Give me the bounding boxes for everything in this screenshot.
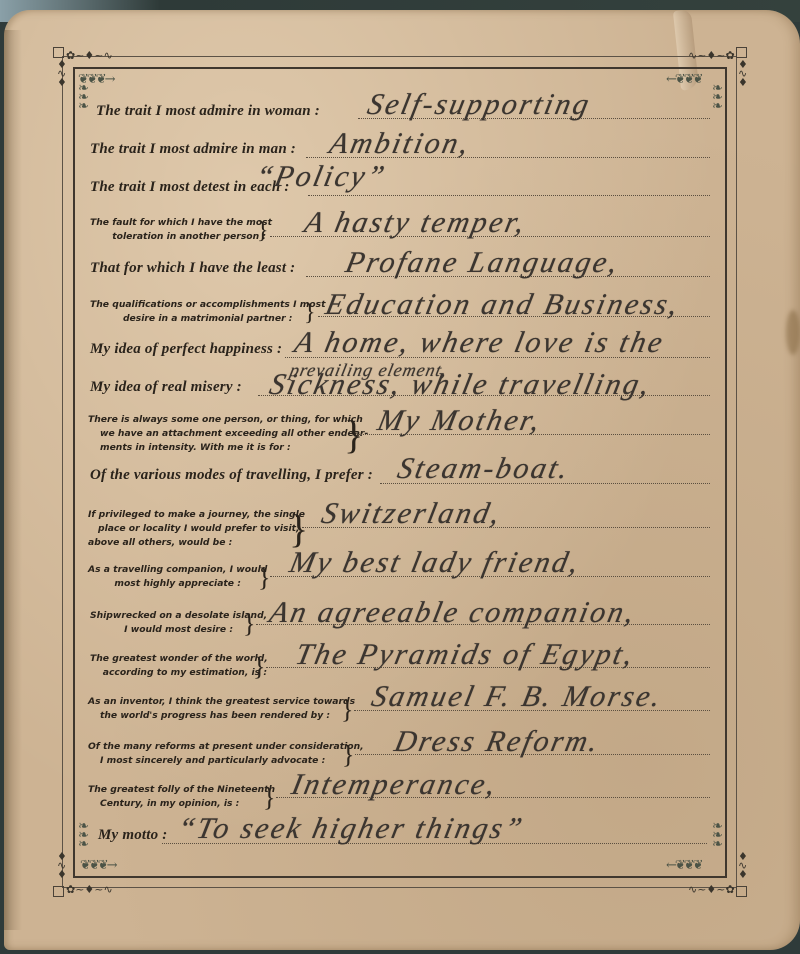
prompt-shipwrecked: Shipwrecked on a desolate island, I woul… <box>90 609 267 637</box>
answer-travel-mode: Steam-boat. <box>394 452 573 486</box>
vine-ornament-icon: ∿~♦~✿ <box>688 50 735 61</box>
corner-square-top-right <box>736 47 747 58</box>
page-stain <box>786 310 800 355</box>
vine-ornament-icon: ✿~♦~∿ <box>66 884 113 895</box>
prompt-line: above all others, would be : <box>88 536 305 550</box>
prompt-line: we have an attachment exceeding all othe… <box>88 427 368 441</box>
brace: } <box>342 740 354 770</box>
prompt-inventor: As an inventor, I think the greatest ser… <box>88 695 355 723</box>
prompt-line: There is always some one person, or thin… <box>88 413 368 427</box>
answer-admire-woman: Self-supporting <box>364 88 594 122</box>
answer-travel-companion: My best lady friend, <box>286 546 583 580</box>
prompt-line: Shipwrecked on a desolate island, <box>90 609 267 623</box>
prompt-real-misery: My idea of real misery : <box>90 379 242 396</box>
laurel-ornament-icon: ❧❧❧ <box>78 822 87 849</box>
prompt-reforms: Of the many reforms at present under con… <box>88 740 364 768</box>
prompt-least-toleration: That for which I have the least : <box>90 260 295 277</box>
prompt-journey-place: If privileged to make a journey, the sin… <box>88 508 305 550</box>
laurel-ornament-icon: ←❦❦❦ <box>666 858 702 873</box>
page-binding-shadow <box>4 30 22 930</box>
prompt-motto: My motto : <box>98 827 168 844</box>
answer-inventor: Samuel F. B. Morse. <box>368 680 665 714</box>
prompt-line: I most sincerely and particularly advoca… <box>88 754 364 768</box>
prompt-line: As a travelling companion, I would <box>88 563 267 577</box>
prompt-matrimonial-partner: The qualifications or accomplishments I … <box>90 298 325 326</box>
laurel-ornament-icon: ❧❧❧ <box>712 822 721 849</box>
answer-admire-man: Ambition, <box>326 127 473 161</box>
prompt-line: The greatest wonder of the world, <box>90 652 268 666</box>
laurel-ornament-icon: ❦❦❦→ <box>80 858 116 873</box>
brace: } <box>243 609 255 639</box>
answer-motto: “To seek higher things” <box>174 812 527 846</box>
prompt-perfect-happiness: My idea of perfect happiness : <box>90 341 282 358</box>
answer-real-misery: Sickness, while travelling, <box>266 368 654 402</box>
answer-fault-toleration: A hasty temper, <box>301 206 529 240</box>
answer-journey-place: Switzerland, <box>318 497 504 531</box>
answer-matrimonial-partner: Education and Business, <box>322 288 683 322</box>
corner-square-bottom-right <box>736 886 747 897</box>
corner-square-top-left <box>53 47 64 58</box>
vine-ornament-icon: ∿~♦~✿ <box>688 884 735 895</box>
prompt-admire-woman: The trait I most admire in woman : <box>96 103 320 120</box>
answer-line <box>308 195 710 196</box>
vine-ornament-icon: ♦∿♦ <box>57 852 67 879</box>
prompt-line: If privileged to make a journey, the sin… <box>88 508 305 522</box>
prompt-line: toleration in another person : <box>90 230 272 244</box>
laurel-ornament-icon: ←❦❦❦ <box>666 72 702 87</box>
answer-detest-each: “Policy” <box>252 160 389 194</box>
prompt-line: As an inventor, I think the greatest ser… <box>88 695 355 709</box>
laurel-ornament-icon: ❧❧❧ <box>78 84 87 111</box>
prompt-attachment: There is always some one person, or thin… <box>88 413 368 455</box>
answer-shipwrecked: An agreeable companion, <box>266 596 639 630</box>
prompt-line: place or locality I would prefer to visi… <box>88 522 305 536</box>
corner-square-bottom-left <box>53 886 64 897</box>
prompt-line: according to my estimation, is : <box>90 666 268 680</box>
brace: } <box>257 218 269 245</box>
prompt-line: the world's progress has been rendered b… <box>88 709 355 723</box>
prompt-line: Of the many reforms at present under con… <box>88 740 364 754</box>
laurel-ornament-icon: ❧❧❧ <box>712 84 721 111</box>
brace: } <box>258 563 270 593</box>
brace: } <box>263 783 275 813</box>
prompt-line: I would most desire : <box>90 623 267 637</box>
brace: } <box>304 300 316 327</box>
brace: } <box>341 695 353 725</box>
vine-ornament-icon: ♦∿♦ <box>738 60 748 87</box>
answer-attachment: My Mother, <box>374 404 545 438</box>
answer-reforms: Dress Reform. <box>391 725 603 759</box>
prompt-line: The qualifications or accomplishments I … <box>90 298 325 312</box>
brace: } <box>289 505 308 552</box>
answer-greatest-wonder: The Pyramids of Egypt, <box>292 638 638 672</box>
prompt-admire-man: The trait I most admire in man : <box>90 141 296 158</box>
prompt-greatest-wonder: The greatest wonder of the world, accord… <box>90 652 268 680</box>
prompt-travel-mode: Of the various modes of travelling, I pr… <box>90 467 373 484</box>
prompt-line: Century, in my opinion, is : <box>88 797 275 811</box>
vine-ornament-icon: ♦∿♦ <box>57 60 67 87</box>
prompt-travel-companion: As a travelling companion, I would most … <box>88 563 267 591</box>
prompt-line: The greatest folly of the Nineteenth <box>88 783 275 797</box>
prompt-line: desire in a matrimonial partner : <box>90 312 325 326</box>
answer-least-toleration: Profane Language, <box>342 246 622 280</box>
answer-perfect-happiness: A home, where love is the <box>291 326 667 360</box>
vine-ornament-icon: ♦∿♦ <box>738 852 748 879</box>
prompt-line: The fault for which I have the most <box>90 216 272 230</box>
brace: } <box>253 652 265 682</box>
prompt-fault-toleration: The fault for which I have the most tole… <box>90 216 272 244</box>
vine-ornament-icon: ✿~♦~∿ <box>66 50 113 61</box>
prompt-greatest-folly: The greatest folly of the Nineteenth Cen… <box>88 783 275 811</box>
answer-greatest-folly: Intemperance, <box>288 768 500 802</box>
prompt-line: ments in intensity. With me it is for : <box>88 441 368 455</box>
prompt-line: most highly appreciate : <box>88 577 267 591</box>
